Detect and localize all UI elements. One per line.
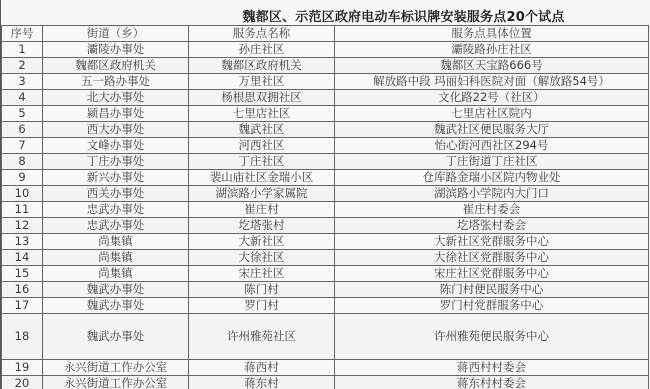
cell-name: 许州雅苑社区 xyxy=(189,314,335,360)
table-row: 2 魏都区政府机关 魏都区政府机关 魏都区天宝路666号 xyxy=(2,58,649,74)
cell-location: 罗门村党群服务中心 xyxy=(335,298,649,314)
cell-location: 灞陵路孙庄社区 xyxy=(335,42,649,58)
cell-no: 20 xyxy=(2,376,43,389)
cell-no: 3 xyxy=(2,74,43,90)
header-name: 服务点名称 xyxy=(189,26,335,42)
cell-no: 9 xyxy=(2,170,43,186)
table-row: 5 颍昌办事处 七里店社区 七里店社区院内 xyxy=(2,106,649,122)
cell-name: 蒋西村 xyxy=(189,360,335,376)
table-row: 13 尚集镇 大新社区 大新社区党群服务中心 xyxy=(2,234,649,250)
table-header-row: 序号 街道（乡） 服务点名称 服务点具体位置 xyxy=(2,26,649,42)
document-title: 魏都区、示范区政府电动车标识牌安装服务点20个试点 xyxy=(1,6,650,25)
cell-street: 尚集镇 xyxy=(43,250,189,266)
cell-no: 7 xyxy=(2,138,43,154)
cell-location: 许州雅苑便民服务中心 xyxy=(335,314,649,360)
cell-location: 陈门村便民服务中心 xyxy=(335,282,649,298)
cell-name: 魏武社区 xyxy=(189,122,335,138)
cell-name: 罗门村 xyxy=(189,298,335,314)
cell-no: 18 xyxy=(2,314,43,360)
document-page: 魏都区、示范区政府电动车标识牌安装服务点20个试点 序号 街道（乡） 服务点名称… xyxy=(0,0,650,389)
cell-location: 蒋东村村委会 xyxy=(335,376,649,389)
cell-name: 宋庄社区 xyxy=(189,266,335,282)
cell-street: 魏武办事处 xyxy=(43,298,189,314)
cell-street: 忠武办事处 xyxy=(43,202,189,218)
table-row: 9 新兴办事处 裴山庙社区金瑞小区 仓库路金瑞小区院内物业处 xyxy=(2,170,649,186)
cell-location: 七里店社区院内 xyxy=(335,106,649,122)
cell-no: 8 xyxy=(2,154,43,170)
cell-street: 五一路办事处 xyxy=(43,74,189,90)
cell-street: 文峰办事处 xyxy=(43,138,189,154)
cell-street: 灞陵办事处 xyxy=(43,42,189,58)
cell-location: 解放路中段 玛丽妇科医院对面（解放路54号） xyxy=(335,74,649,90)
cell-location: 崔庄村委会 xyxy=(335,202,649,218)
table-row: 4 北大办事处 杨根思双拥社区 文化路22号（社区） xyxy=(2,90,649,106)
cell-name: 大徐社区 xyxy=(189,250,335,266)
cell-no: 15 xyxy=(2,266,43,282)
cell-street: 忠武办事处 xyxy=(43,218,189,234)
cell-location: 湖滨路小学院内大门口 xyxy=(335,186,649,202)
table-row: 15 尚集镇 宋庄社区 宋庄社区党群服务中心 xyxy=(2,266,649,282)
cell-location: 怡心街河西社区294号 xyxy=(335,138,649,154)
table-row: 6 西大办事处 魏武社区 魏武社区便民服务大厅 xyxy=(2,122,649,138)
cell-name: 蒋东村 xyxy=(189,376,335,389)
cell-street: 颍昌办事处 xyxy=(43,106,189,122)
cell-street: 新兴办事处 xyxy=(43,170,189,186)
cell-name: 河西社区 xyxy=(189,138,335,154)
table-row: 19 永兴街道工作办公室 蒋西村 蒋西村村委会 xyxy=(2,360,649,376)
cell-street: 永兴街道工作办公室 xyxy=(43,376,189,389)
cell-name: 杨根思双拥社区 xyxy=(189,90,335,106)
cell-name: 裴山庙社区金瑞小区 xyxy=(189,170,335,186)
cell-no: 10 xyxy=(2,186,43,202)
table-row: 14 尚集镇 大徐社区 大徐社区党群服务中心 xyxy=(2,250,649,266)
cell-street: 魏武办事处 xyxy=(43,282,189,298)
cell-location: 魏都区天宝路666号 xyxy=(335,58,649,74)
table-row: 12 忠武办事处 圪塔张村 圪塔张村委会 xyxy=(2,218,649,234)
table-row: 18 魏武办事处 许州雅苑社区 许州雅苑便民服务中心 xyxy=(2,314,649,360)
cell-location: 蒋西村村委会 xyxy=(335,360,649,376)
cell-name: 丁庄社区 xyxy=(189,154,335,170)
cell-no: 11 xyxy=(2,202,43,218)
cell-no: 12 xyxy=(2,218,43,234)
cell-street: 丁庄办事处 xyxy=(43,154,189,170)
cell-no: 6 xyxy=(2,122,43,138)
cell-location: 大徐社区党群服务中心 xyxy=(335,250,649,266)
cell-no: 13 xyxy=(2,234,43,250)
cell-name: 圪塔张村 xyxy=(189,218,335,234)
cell-name: 七里店社区 xyxy=(189,106,335,122)
cell-name: 魏都区政府机关 xyxy=(189,58,335,74)
header-location: 服务点具体位置 xyxy=(335,26,649,42)
cell-location: 大新社区党群服务中心 xyxy=(335,234,649,250)
cell-no: 19 xyxy=(2,360,43,376)
table-row: 17 魏武办事处 罗门村 罗门村党群服务中心 xyxy=(2,298,649,314)
table-row: 11 忠武办事处 崔庄村 崔庄村委会 xyxy=(2,202,649,218)
cell-location: 魏武社区便民服务大厅 xyxy=(335,122,649,138)
cell-street: 西关办事处 xyxy=(43,186,189,202)
service-points-table: 序号 街道（乡） 服务点名称 服务点具体位置 1 灞陵办事处 孙庄社区 灞陵路孙… xyxy=(1,25,649,389)
cell-name: 孙庄社区 xyxy=(189,42,335,58)
cell-no: 1 xyxy=(2,42,43,58)
header-street: 街道（乡） xyxy=(43,26,189,42)
table-row: 10 西关办事处 湖滨路小学家属院 湖滨路小学院内大门口 xyxy=(2,186,649,202)
cell-no: 14 xyxy=(2,250,43,266)
cell-name: 湖滨路小学家属院 xyxy=(189,186,335,202)
cell-street: 尚集镇 xyxy=(43,234,189,250)
cell-name: 崔庄村 xyxy=(189,202,335,218)
cell-no: 5 xyxy=(2,106,43,122)
table-row: 8 丁庄办事处 丁庄社区 丁庄街道丁庄社区 xyxy=(2,154,649,170)
table-row: 7 文峰办事处 河西社区 怡心街河西社区294号 xyxy=(2,138,649,154)
cell-name: 大新社区 xyxy=(189,234,335,250)
header-no: 序号 xyxy=(2,26,43,42)
cell-street: 魏武办事处 xyxy=(43,314,189,360)
table-row: 20 永兴街道工作办公室 蒋东村 蒋东村村委会 xyxy=(2,376,649,389)
cell-location: 丁庄街道丁庄社区 xyxy=(335,154,649,170)
table-row: 16 魏武办事处 陈门村 陈门村便民服务中心 xyxy=(2,282,649,298)
cell-location: 圪塔张村委会 xyxy=(335,218,649,234)
cell-no: 2 xyxy=(2,58,43,74)
cell-location: 仓库路金瑞小区院内物业处 xyxy=(335,170,649,186)
cell-street: 魏都区政府机关 xyxy=(43,58,189,74)
cell-no: 16 xyxy=(2,282,43,298)
table-row: 3 五一路办事处 万里社区 解放路中段 玛丽妇科医院对面（解放路54号） xyxy=(2,74,649,90)
cell-location: 文化路22号（社区） xyxy=(335,90,649,106)
cell-street: 北大办事处 xyxy=(43,90,189,106)
cell-name: 万里社区 xyxy=(189,74,335,90)
cell-no: 17 xyxy=(2,298,43,314)
table-row: 1 灞陵办事处 孙庄社区 灞陵路孙庄社区 xyxy=(2,42,649,58)
cell-street: 永兴街道工作办公室 xyxy=(43,360,189,376)
cell-no: 4 xyxy=(2,90,43,106)
cell-location: 宋庄社区党群服务中心 xyxy=(335,266,649,282)
cell-street: 西大办事处 xyxy=(43,122,189,138)
cell-name: 陈门村 xyxy=(189,282,335,298)
cell-street: 尚集镇 xyxy=(43,266,189,282)
